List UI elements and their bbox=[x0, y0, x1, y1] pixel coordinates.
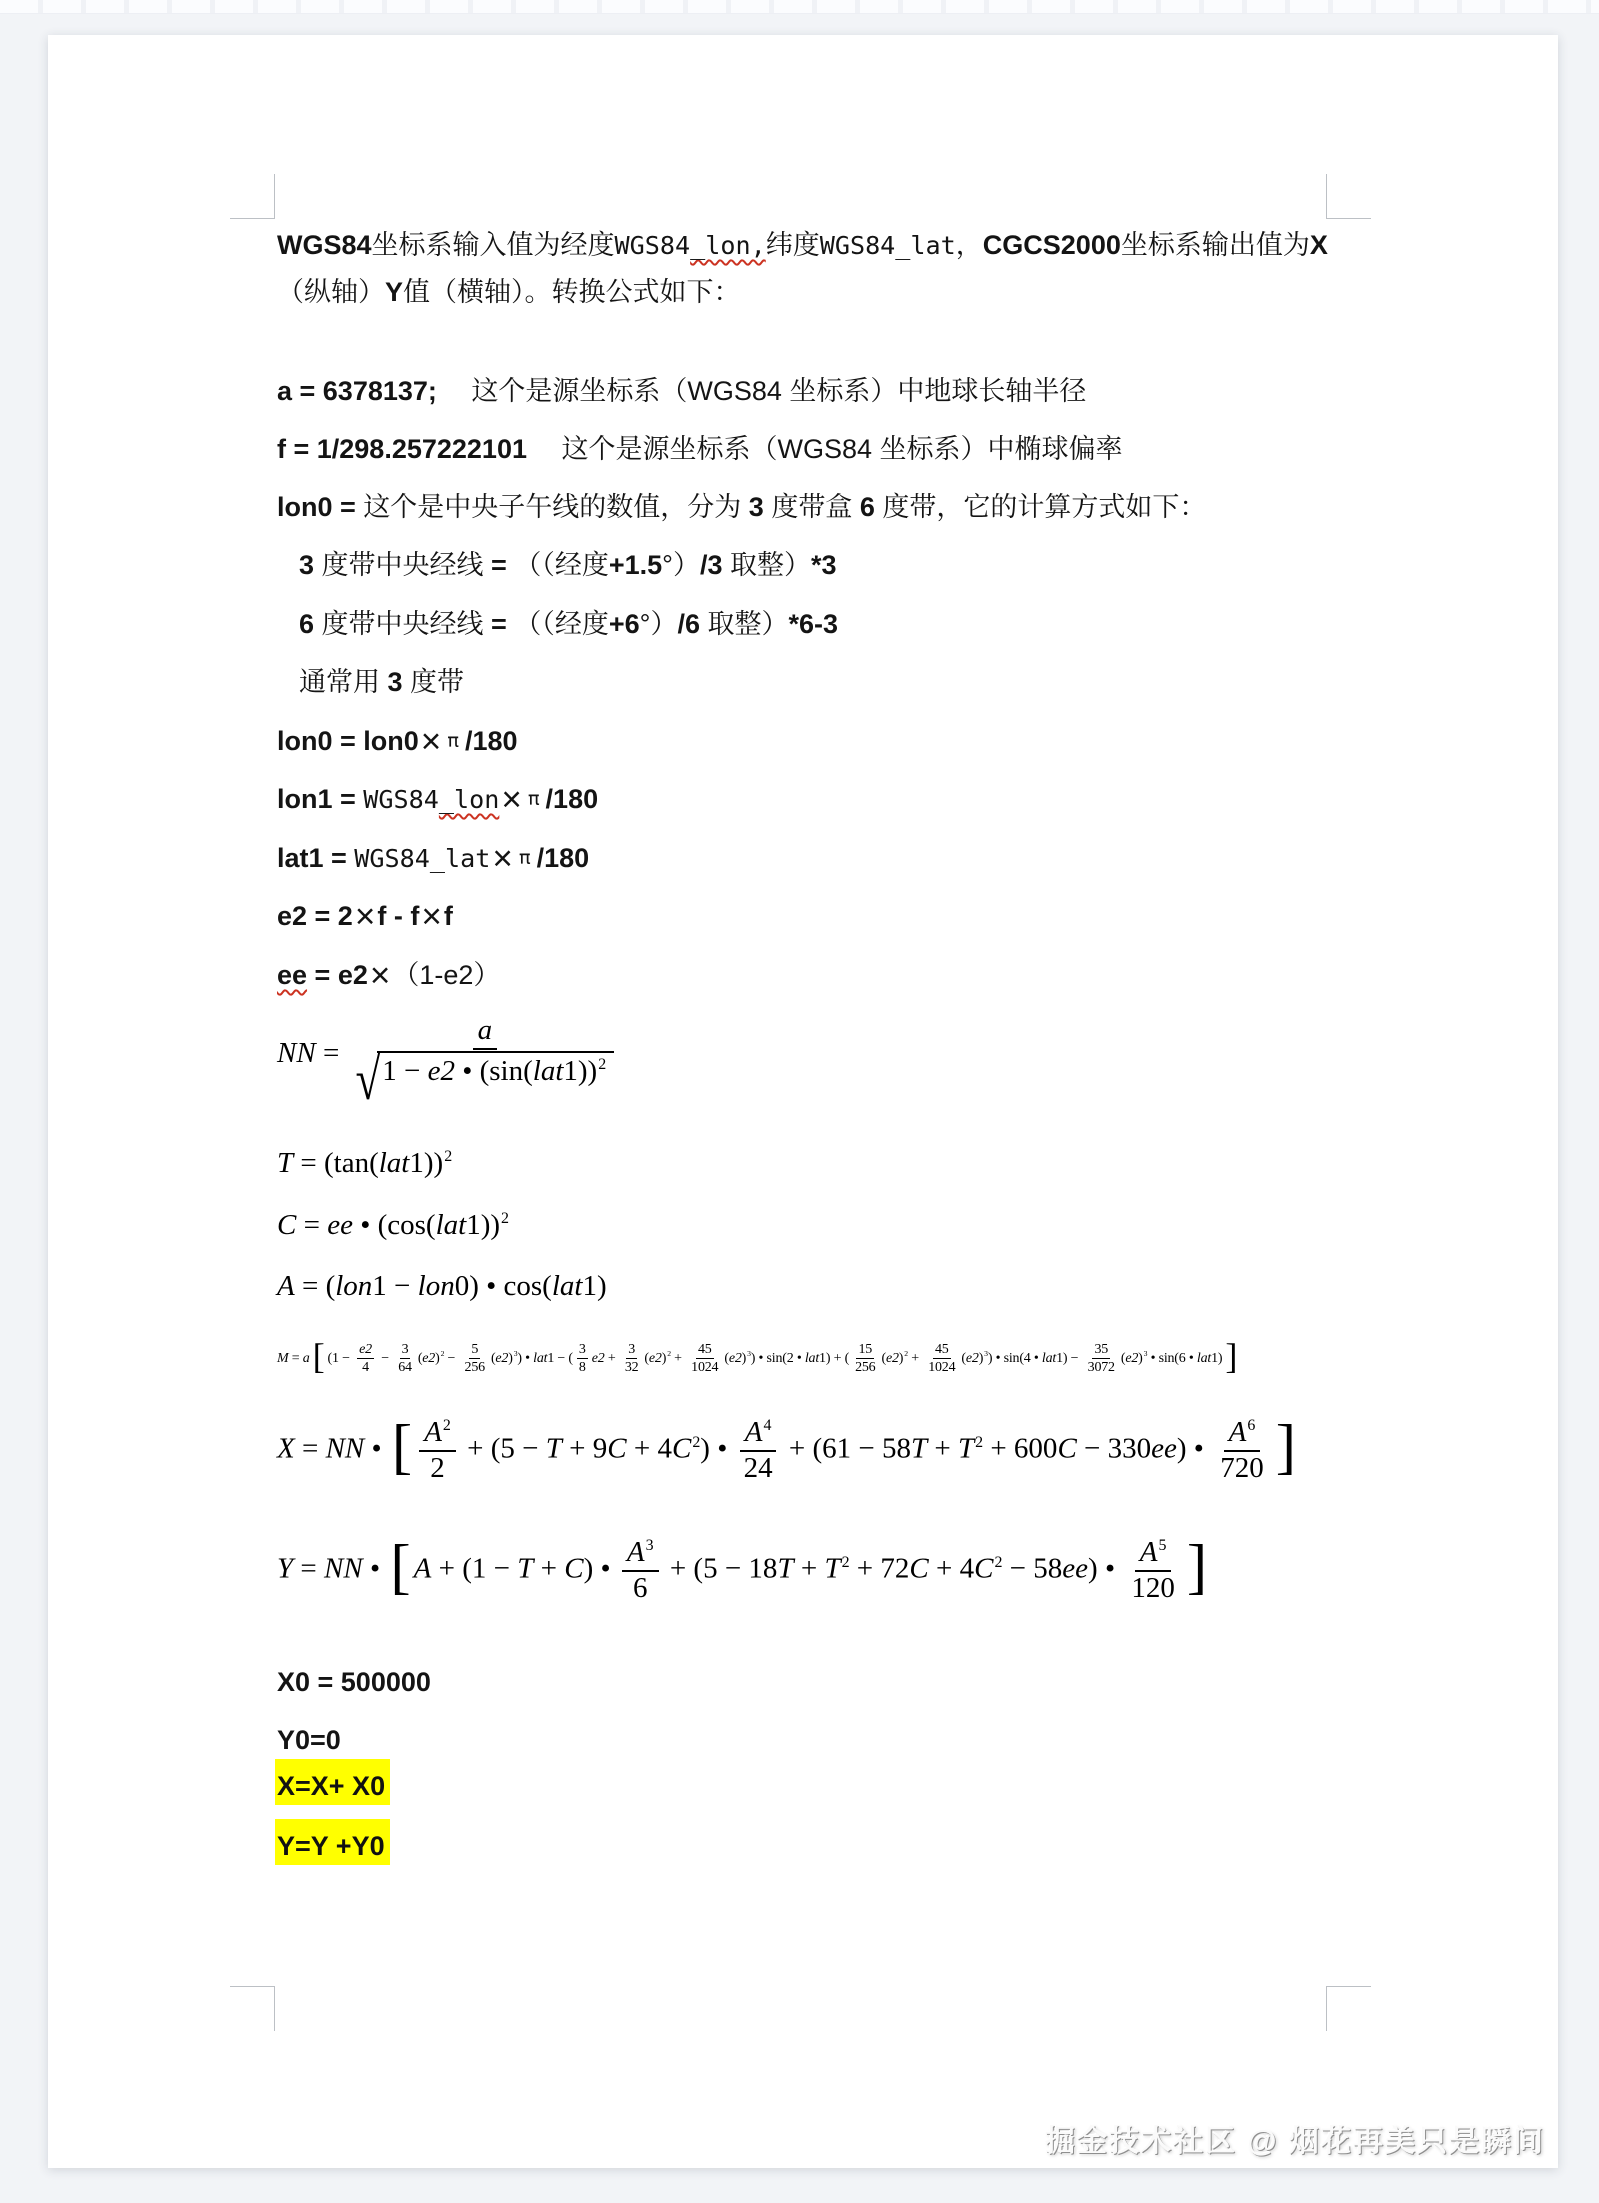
line-a-semimajor-axis: a = 6378137; 这个是源坐标系（WGS84 坐标系）中地球长轴半径 bbox=[277, 374, 1086, 408]
line-lat1-radians: lat1 = WGS84_lat×π/180 bbox=[277, 841, 589, 876]
line-x0-false-northing: X0 = 500000 bbox=[277, 1665, 431, 1699]
formula-c: C = ee • (cos(lat1))2 bbox=[277, 1207, 509, 1243]
line-usually-zone3: 通常用 3 度带 bbox=[299, 665, 464, 699]
formula-a: A = (lon1 − lon0) • cos(lat1) bbox=[277, 1268, 607, 1304]
crop-mark-bottom-left-vertical bbox=[274, 1986, 275, 2031]
line-f-flattening: f = 1/298.257222101 这个是源坐标系（WGS84 坐标系）中椭… bbox=[277, 432, 1123, 466]
formula-t: T = (tan(lat1))2 bbox=[277, 1145, 452, 1181]
crop-mark-bottom-right-horizontal bbox=[1326, 1986, 1371, 1987]
watermark-text: 掘金技术社区 @ 烟花再美只是瞬间 bbox=[1045, 2116, 1545, 2160]
line-lon0-definition: lon0 = 这个是中央子午线的数值，分为 3 度带盒 6 度带，它的计算方式如… bbox=[277, 490, 1206, 524]
crop-mark-top-left-vertical bbox=[274, 174, 275, 219]
formula-m-meridian-arc: M = a[(1 − e24 − 364(e2)2 − 5256(e2)3) •… bbox=[277, 1342, 1240, 1376]
line-lon1-radians: lon1 = WGS84_lon×π/180 bbox=[277, 782, 598, 817]
highlighted-line-y-offset: Y=Y +Y0 bbox=[275, 1819, 390, 1865]
crop-mark-top-right-horizontal bbox=[1326, 218, 1371, 219]
crop-mark-bottom-right-vertical bbox=[1326, 1986, 1327, 2031]
formula-y-easting: Y = NN • [A + (1 − T + C) • A36 + (5 − 1… bbox=[277, 1537, 1210, 1605]
screenshot-root: { "colors": { "page_background": "#fffff… bbox=[0, 0, 1599, 2203]
crop-mark-top-left-horizontal bbox=[230, 218, 275, 219]
document-page: WGS84坐标系输入值为经度WGS84_lon,纬度WGS84_lat，CGCS… bbox=[48, 35, 1558, 2168]
line-lon0-radians: lon0 = lon0×π/180 bbox=[277, 724, 518, 759]
intro-paragraph: WGS84坐标系输入值为经度WGS84_lon,纬度WGS84_lat，CGCS… bbox=[277, 222, 1343, 315]
line-e2-eccentricity: e2 = 2×f - f×f bbox=[277, 899, 453, 934]
formula-nn-radius: NN = a√1 − e2 • (sin(lat1))2 bbox=[277, 1015, 623, 1096]
line-y0-false-easting: Y0=0 bbox=[277, 1723, 341, 1757]
window-top-strip bbox=[0, 0, 1599, 14]
crop-mark-bottom-left-horizontal bbox=[230, 1986, 275, 1987]
formula-x-northing: X = NN • [A22 + (5 − T + 9C + 4C2) • A42… bbox=[277, 1417, 1299, 1485]
highlighted-line-x-offset: X=X+ X0 bbox=[275, 1759, 390, 1805]
crop-mark-top-right-vertical bbox=[1326, 174, 1327, 219]
line-zone3-central-meridian: 3 度带中央经线 = （（经度+1.5°）/3 取整）*3 bbox=[299, 548, 837, 582]
line-zone6-central-meridian: 6 度带中央经线 = （（经度+6°）/6 取整）*6-3 bbox=[299, 607, 838, 641]
line-ee-second-eccentricity: ee = e2×（1-e2） bbox=[277, 958, 500, 993]
